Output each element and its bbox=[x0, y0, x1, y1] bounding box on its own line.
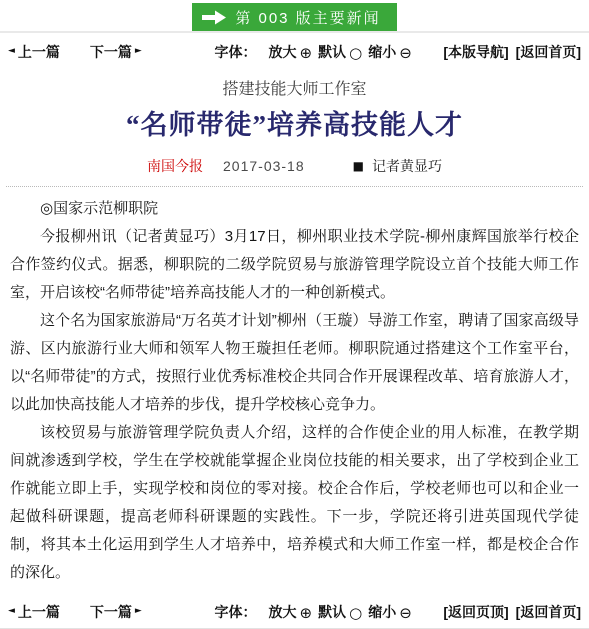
font-enlarge-button[interactable]: 放大 ⊕ bbox=[269, 42, 313, 62]
font-default-label: 默认 bbox=[318, 602, 346, 622]
home-link-top[interactable]: [返回首页] bbox=[516, 42, 581, 62]
zoom-out-icon: ⊖ bbox=[399, 46, 412, 61]
next-article-label: 下一篇 bbox=[90, 602, 132, 622]
top-nav: ◄ 上一篇 下一篇 ► 字体： 放大 ⊕ 默认 ○ 缩小 ⊖ [本 bbox=[0, 33, 589, 68]
article-paragraph: 该校贸易与旅游管理学院负责人介绍，这样的合作使企业的用人标准，在教学期间就渗透到… bbox=[10, 419, 579, 587]
top-nav-paging: ◄ 上一篇 下一篇 ► bbox=[8, 42, 183, 62]
zoom-in-icon: ⊕ bbox=[300, 606, 313, 621]
default-circle-icon: ○ bbox=[349, 606, 362, 621]
zoom-in-icon: ⊕ bbox=[300, 46, 313, 61]
section-banner[interactable]: 第 003 版主要新闻 bbox=[192, 3, 396, 31]
bottom-nav: ◄ 上一篇 下一篇 ► 字体： 放大 ⊕ 默认 ○ 缩小 ⊖ [返 bbox=[0, 593, 589, 628]
font-enlarge-label: 放大 bbox=[269, 42, 297, 62]
prev-triangle-icon: ◄ bbox=[8, 606, 15, 616]
font-size-label: 字体： bbox=[215, 602, 257, 622]
top-font-controls: 字体： 放大 ⊕ 默认 ○ 缩小 ⊖ bbox=[183, 42, 443, 62]
banner-row: 第 003 版主要新闻 bbox=[0, 0, 589, 33]
prev-article-label: 上一篇 bbox=[18, 602, 60, 622]
next-article-button-bottom[interactable]: 下一篇 ► bbox=[90, 602, 142, 622]
next-article-button[interactable]: 下一篇 ► bbox=[90, 42, 142, 62]
top-nav-links: [本版导航] [返回首页] bbox=[443, 42, 581, 62]
font-size-label: 字体： bbox=[215, 42, 257, 62]
font-default-button[interactable]: 默认 ○ bbox=[318, 42, 362, 62]
article-body: ◎国家示范柳职院 今报柳州讯（记者黄显巧）3月17日，柳州职业技术学院-柳州康辉… bbox=[0, 187, 589, 587]
byline: 南国今报 2017-03-18 ■ 记者黄显巧 bbox=[0, 156, 589, 176]
banner-arrow-icon bbox=[202, 10, 226, 25]
next-triangle-icon: ► bbox=[135, 46, 142, 56]
bottom-font-controls: 字体： 放大 ⊕ 默认 ○ 缩小 ⊖ bbox=[183, 602, 443, 622]
next-triangle-icon: ► bbox=[135, 606, 142, 616]
next-article-label: 下一篇 bbox=[90, 42, 132, 62]
article-kicker: 搭建技能大师工作室 bbox=[0, 76, 589, 99]
bottom-nav-links: [返回页顶] [返回首页] bbox=[443, 602, 581, 622]
prev-article-button-bottom[interactable]: ◄ 上一篇 bbox=[8, 602, 60, 622]
reporter-name: 记者黄显巧 bbox=[372, 156, 442, 176]
font-enlarge-button-bottom[interactable]: 放大 ⊕ bbox=[269, 602, 313, 622]
prev-article-label: 上一篇 bbox=[18, 42, 60, 62]
section-nav-link[interactable]: [本版导航] bbox=[443, 42, 508, 62]
article-paragraph: 这个名为国家旅游局“万名英才计划”柳州（王璇）导游工作室，聘请了国家高级导游、区… bbox=[10, 307, 579, 419]
page-top-link[interactable]: [返回页顶] bbox=[443, 602, 508, 622]
font-default-button-bottom[interactable]: 默认 ○ bbox=[318, 602, 362, 622]
prev-article-button[interactable]: ◄ 上一篇 bbox=[8, 42, 60, 62]
article-title: “名师带徒”培养高技能人才 bbox=[0, 103, 589, 142]
zoom-out-icon: ⊖ bbox=[399, 606, 412, 621]
reporter-group: ■ 记者黄显巧 bbox=[353, 156, 442, 176]
article-paragraph: ◎国家示范柳职院 bbox=[10, 195, 579, 223]
font-shrink-label: 缩小 bbox=[368, 602, 396, 622]
font-shrink-button-bottom[interactable]: 缩小 ⊖ bbox=[368, 602, 412, 622]
bottom-nav-paging: ◄ 上一篇 下一篇 ► bbox=[8, 602, 183, 622]
prev-triangle-icon: ◄ bbox=[8, 46, 15, 56]
font-shrink-label: 缩小 bbox=[368, 42, 396, 62]
reporter-square-icon: ■ bbox=[353, 159, 364, 173]
font-default-label: 默认 bbox=[318, 42, 346, 62]
publish-date: 2017-03-18 bbox=[223, 158, 305, 174]
default-circle-icon: ○ bbox=[349, 46, 362, 61]
section-banner-label: 第 003 版主要新闻 bbox=[235, 7, 380, 28]
article-paragraph: 今报柳州讯（记者黄显巧）3月17日，柳州职业技术学院-柳州康辉国旅举行校企合作签… bbox=[10, 223, 579, 307]
page: 第 003 版主要新闻 ◄ 上一篇 下一篇 ► 字体： 放大 ⊕ 默认 ○ bbox=[0, 0, 589, 629]
font-shrink-button[interactable]: 缩小 ⊖ bbox=[368, 42, 412, 62]
source-link[interactable]: 南国今报 bbox=[147, 156, 203, 176]
font-enlarge-label: 放大 bbox=[269, 602, 297, 622]
home-link-bottom[interactable]: [返回首页] bbox=[516, 602, 581, 622]
